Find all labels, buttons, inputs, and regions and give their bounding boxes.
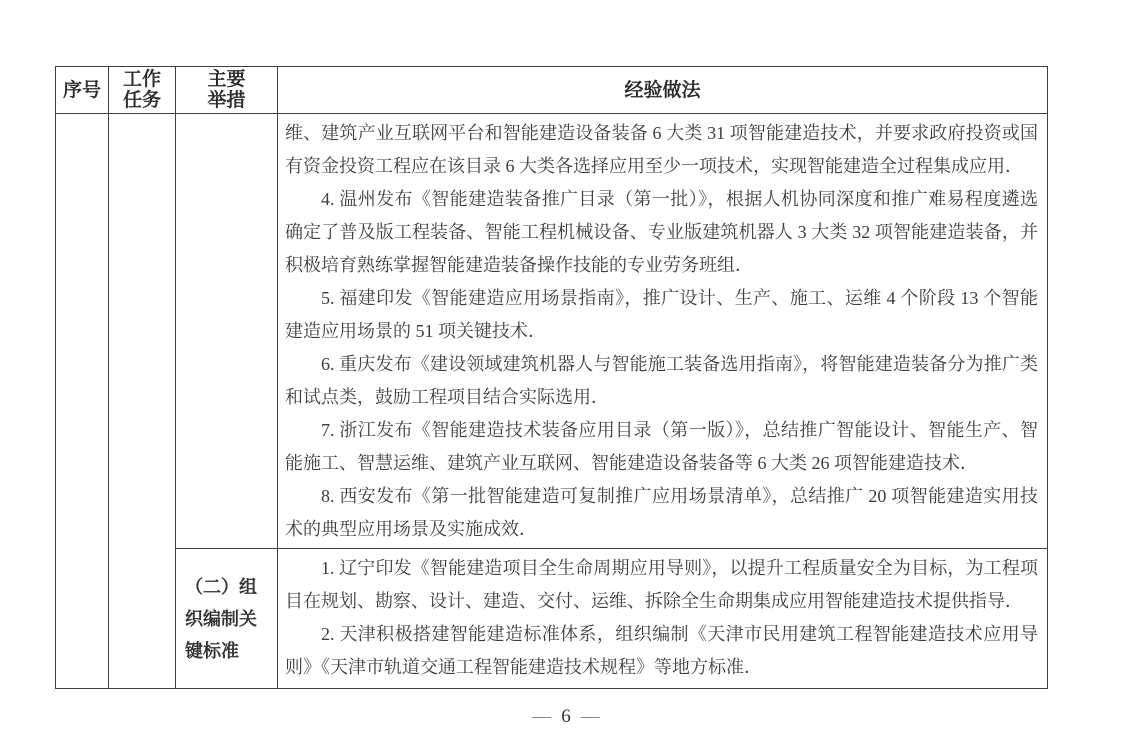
- experience-paragraph: 维、建筑产业互联网平台和智能建造设备装备 6 大类 31 项智能建造技术，并要求…: [285, 117, 1038, 183]
- experience-cell: 维、建筑产业互联网平台和智能建造设备装备 6 大类 31 项智能建造技术，并要求…: [278, 114, 1048, 549]
- experience-paragraph: 4. 温州发布《智能建造装备推广目录（第一批）》，根据人机协同深度和推广难易程度…: [285, 183, 1038, 282]
- footer-dash-right: —: [581, 706, 600, 727]
- experience-paragraph: 7. 浙江发布《智能建造技术装备应用目录（第一版）》，总结推广智能设计、智能生产…: [285, 414, 1038, 480]
- experience-paragraph: 8. 西安发布《第一批智能建造可复制推广应用场景清单》，总结推广 20 项智能建…: [285, 480, 1038, 546]
- table-row: （二）组织编制关键标准 1. 辽宁印发《智能建造项目全生命周期应用导则》，以提升…: [56, 549, 1048, 689]
- experience-paragraph: 6. 重庆发布《建设领域建筑机器人与智能施工装备选用指南》，将智能建造装备分为推…: [285, 348, 1038, 414]
- page-number: 6: [561, 706, 571, 727]
- table-row: 维、建筑产业互联网平台和智能建造设备装备 6 大类 31 项智能建造技术，并要求…: [56, 114, 1048, 549]
- footer-dash-left: —: [532, 706, 551, 727]
- header-experience: 经验做法: [278, 67, 1048, 114]
- experience-paragraph: 2. 天津积极搭建智能建造标准体系，组织编制《天津市民用建筑工程智能建造技术应用…: [285, 618, 1038, 684]
- header-task: 工作 任务: [109, 67, 176, 114]
- header-seq: 序号: [56, 67, 109, 114]
- seq-cell: [56, 114, 109, 689]
- experience-paragraph: 5. 福建印发《智能建造应用场景指南》，推广设计、生产、施工、运维 4 个阶段 …: [285, 282, 1038, 348]
- measure-cell-continued: [176, 114, 278, 549]
- document-page: 序号 工作 任务 主要 举措 经验做法 维、建筑产业互联网平台和智能建造设备装备…: [0, 0, 1132, 754]
- measure-cell: （二）组织编制关键标准: [176, 549, 278, 689]
- experience-cell: 1. 辽宁印发《智能建造项目全生命周期应用导则》，以提升工程质量安全为目标，为工…: [278, 549, 1048, 689]
- experience-table: 序号 工作 任务 主要 举措 经验做法 维、建筑产业互联网平台和智能建造设备装备…: [55, 66, 1048, 689]
- page-footer: —6—: [0, 704, 1132, 730]
- table-header-row: 序号 工作 任务 主要 举措 经验做法: [56, 67, 1048, 114]
- header-measure: 主要 举措: [176, 67, 278, 114]
- experience-paragraph: 1. 辽宁印发《智能建造项目全生命周期应用导则》，以提升工程质量安全为目标，为工…: [285, 552, 1038, 618]
- task-cell: [109, 114, 176, 689]
